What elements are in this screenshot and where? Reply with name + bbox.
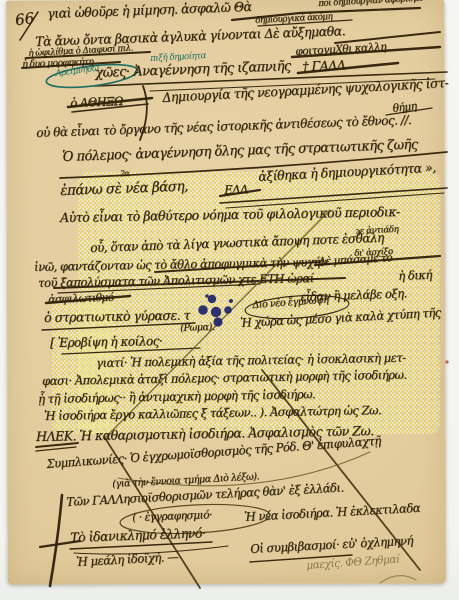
handwriting-line: ΕΛΛ — [224, 183, 248, 196]
handwriting-line: Ἡ μεάλη ἰδοϊχή. — — [76, 551, 178, 568]
handwriting-line: ποὶ δημιουργίαν ἀφορισμό — [318, 0, 423, 9]
page-number: 66 — [14, 9, 35, 29]
handwriting-line: Διὸ νέο ἔγμνωψη — [252, 296, 329, 311]
handwriting-line: 2α — [120, 170, 129, 178]
handwriting-line: γιατί· Ἡ πολεμικὴ ἀξία τῆς πολιτείας· ἡ … — [96, 352, 406, 369]
handwriting-line: φοιτογμΧθι καλλη — [295, 41, 386, 57]
handwriting-line: ἱνῶ, φαντάζονταν ὡς τὸ ἄθλο ἀποφυγμικὰ τ… — [34, 256, 327, 273]
handwriting-line: † ΓΑΛΛ — [302, 59, 345, 73]
handwriting-line: Ἡ νέα ἰσοδιήρα. Ἡ ἐκλεκτιλαδα — [244, 502, 420, 523]
handwriting-line: Οἱ συμβιβασμοί· εὐ' ὀχλημηνή — [250, 534, 413, 554]
handwriting-line: οὗ, ὅταν ἀπὸ τὰ λίγα γνωστικὰ ἄποψη ποτε… — [90, 232, 384, 255]
handwriting-line: Δὲ μπάσαμε τὸ — [318, 252, 392, 267]
handwriting-line: Ἡ ἰσοδιήρα ἔργο καλλιῶπες ξ τάξεων.. ). … — [44, 404, 381, 422]
handwriting-line: οὐ θὰ εἶναι τὸ ὄργανο τῆς νέας ἱστορικῆς… — [36, 114, 411, 140]
handwriting-line: μαεχίς. ΦΘ Ζηθμαί — [306, 553, 400, 570]
handwriting-line: γιαὶ ὠθοῦρε ἡ μίμηση. ἀσφαλῶ Θὰ — [47, 1, 252, 21]
handwriting-line: ἐπάνω σὲ νέα βάση, — [60, 180, 188, 198]
handwriting-line: ἀσφιλωτιθμό — [48, 292, 114, 305]
handwriting-line: Ἡ χώρα ὡς μέσο γιὰ καλὰ χτύπη τῆς — [240, 307, 441, 329]
handwriting-line: τοῦ ξαπολύσματα τῶν Ἀπολιτισμῶν χτε ΕΤΗ … — [38, 272, 314, 289]
scanned-manuscript: γιαὶ ὠθοῦρε ἡ μίμηση. ἀσφαλῶ Θὰδημιουργι… — [0, 0, 459, 600]
handwriting-line: Ὁ πόλεμος· ἀναγέννηση ὅλης μας τῆς στρατ… — [62, 139, 418, 165]
handwriting-line: Αὐτὸ εἶναι τὸ βαθύτερο νόημα τοῦ φιλολογ… — [60, 206, 400, 225]
handwriting-line: Τῶν ΓΑΛΛησιοϊσθορισμῶν τελήρας θὰν' ἐξ ἑ… — [66, 481, 344, 508]
handwriting-line: ( · ἐγγραφησμιό· — [132, 509, 212, 523]
handwriting-line: (Ρωμα). — [180, 323, 215, 334]
handwriting-line: ϡε ἀντιάδη — [355, 226, 398, 237]
handwriting-line: φασι· Ἀπολεμικὰ ἀταξὶ πόλεμος· στρατιωτι… — [42, 369, 407, 387]
handwriting-line: ᾗ τῇ ἰσοδιήρως·· ἢ ἀντιμαχικὴ μορφὴ τῆς … — [38, 388, 315, 405]
handwriting-line: ἡ δική — [398, 269, 432, 282]
handwriting-line: Τὸ ἰδανικλημό ἑλληνό· — [70, 527, 206, 545]
handwriting-line: ἀξίθηκα ἡ δημιουργικότητα », — [258, 162, 436, 184]
handwriting-layer: γιαὶ ὠθοῦρε ἡ μίμηση. ἀσφαλῶ Θὰδημιουργι… — [0, 0, 459, 600]
handwriting-line: χῶες· Ἀναγέννηση τῆς ιζαπνιῆς — [95, 60, 291, 80]
handwriting-line: [ Ἐροβίψη ἡ κοίλος· — [50, 335, 162, 349]
handwriting-line: ὁ ΑΘΗΞΩ — [70, 95, 123, 109]
handwriting-line: ὁ στρατιωτικὸ γύρασε. τ — [44, 309, 190, 325]
